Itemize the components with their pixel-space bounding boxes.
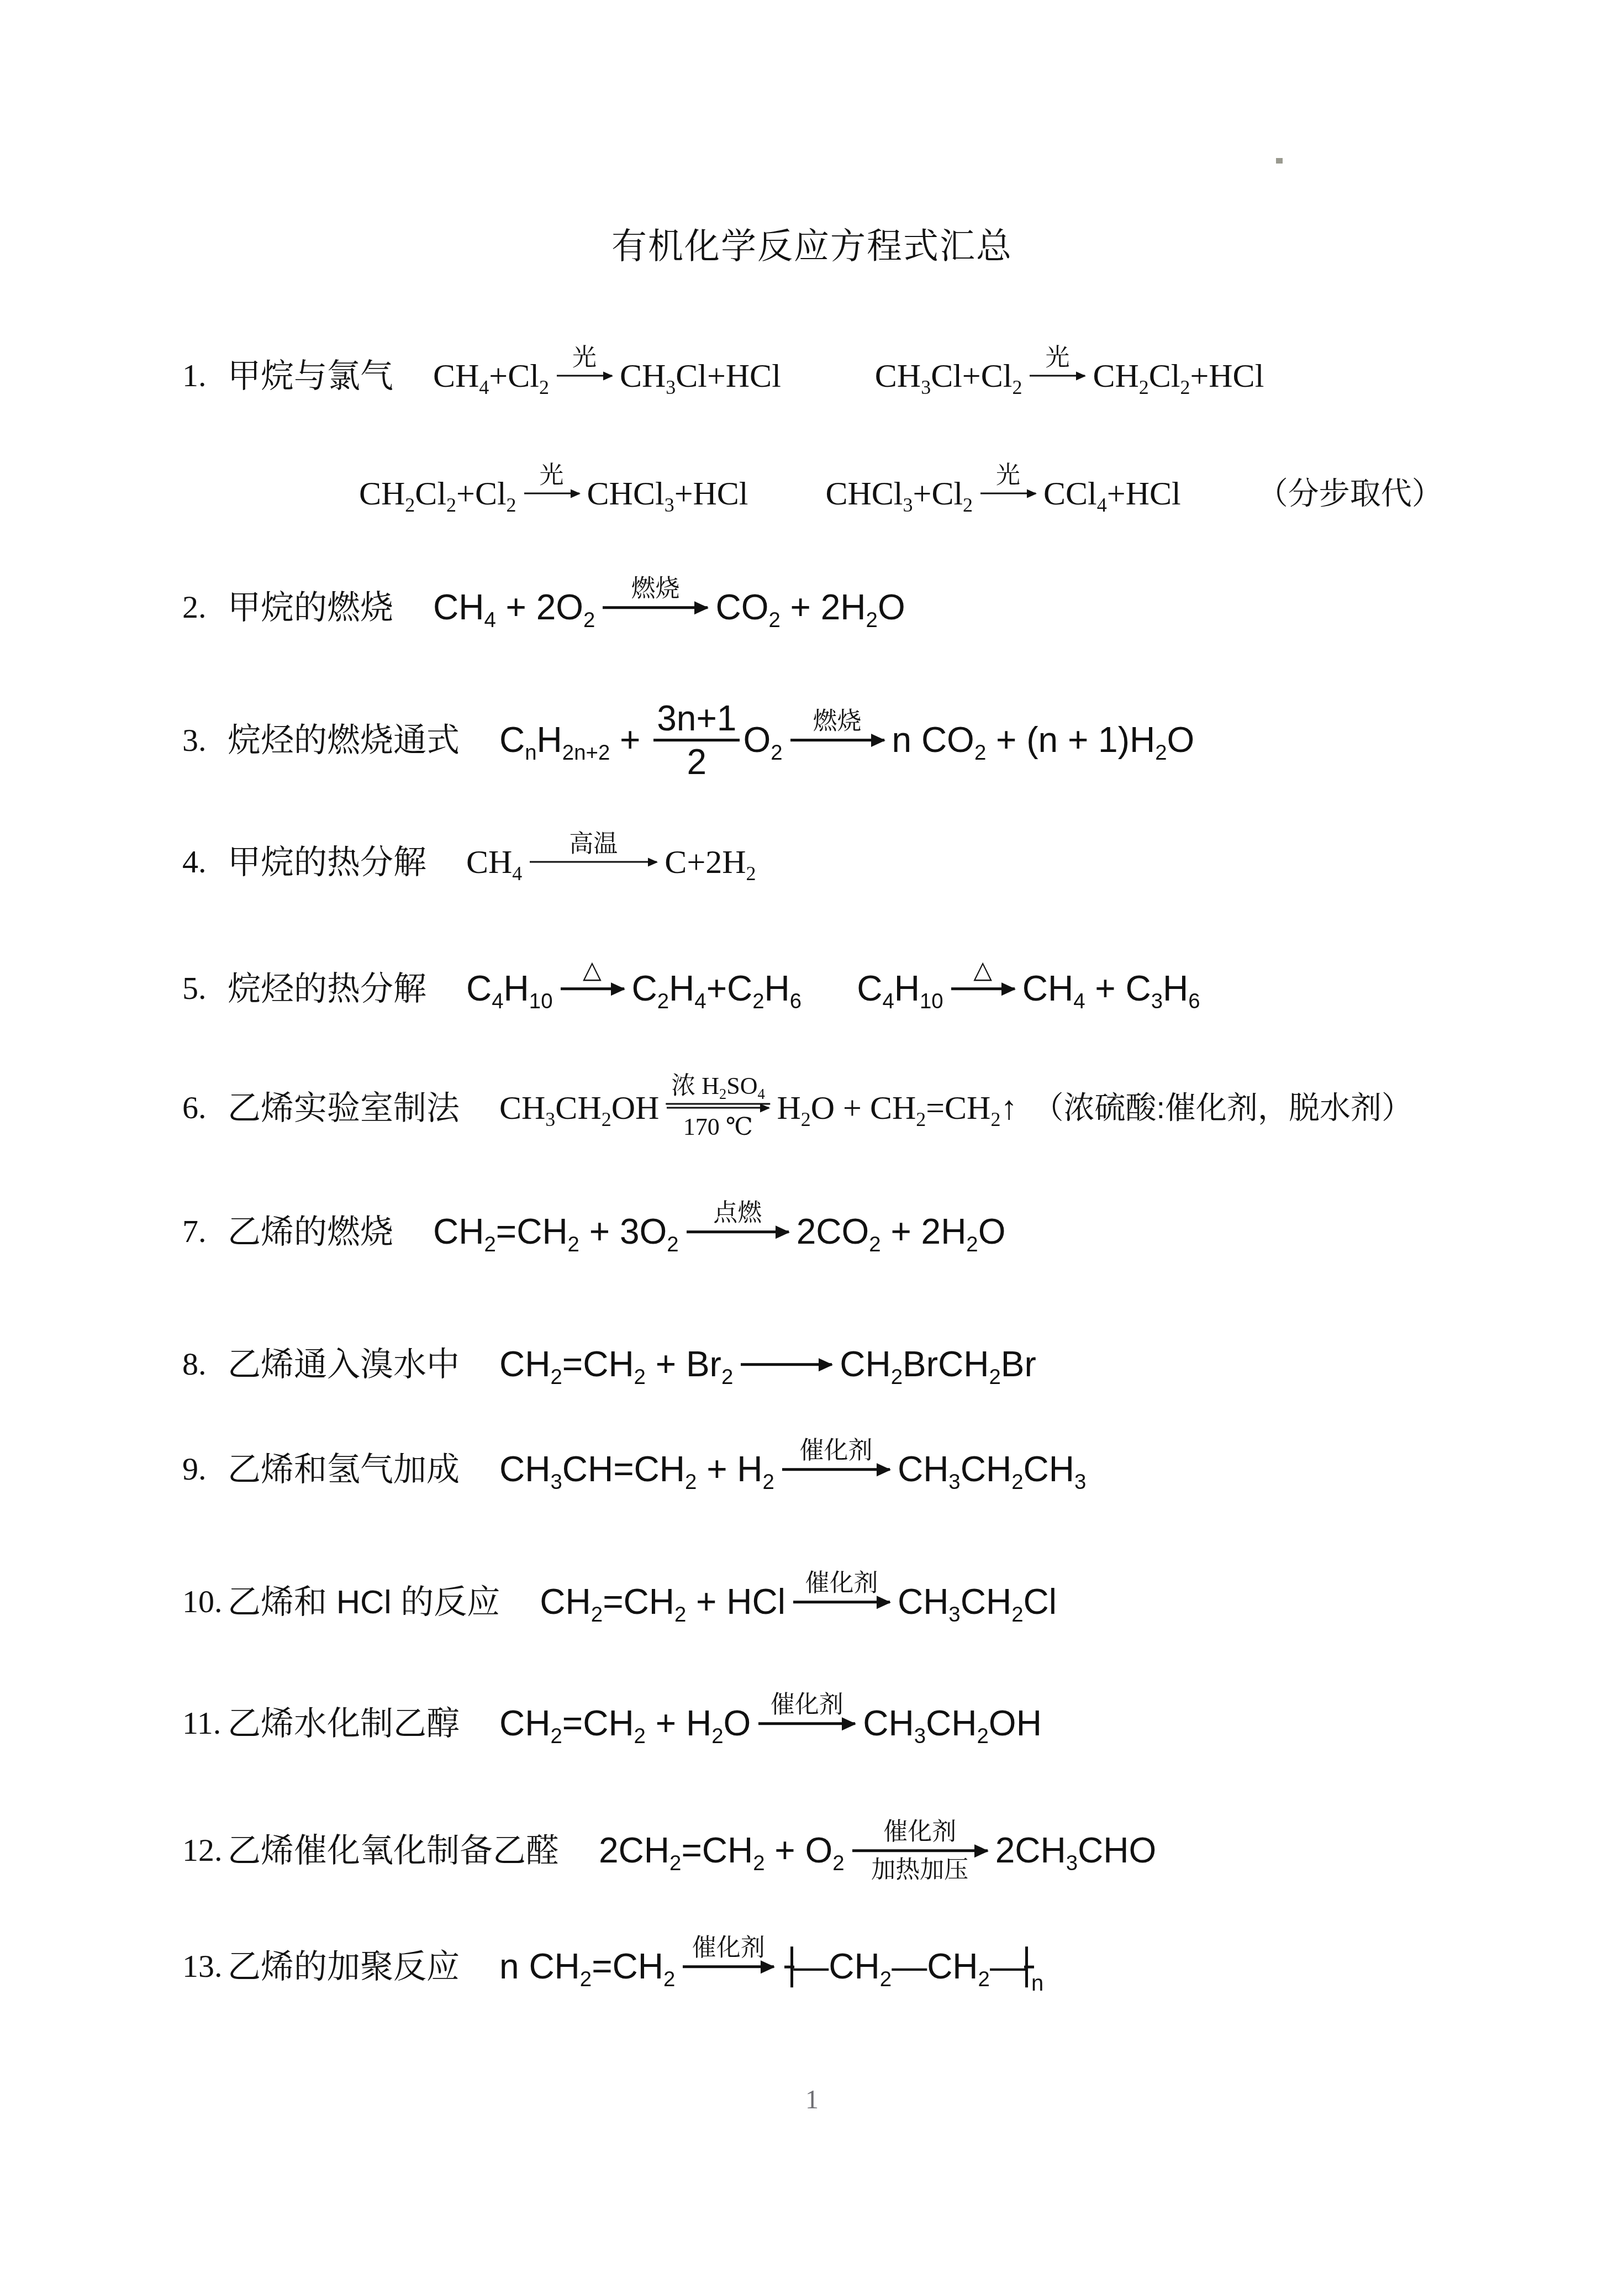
reaction-arrow: △ — [951, 988, 1015, 991]
formula-text: CH2=CH2 + H2O — [499, 1703, 751, 1744]
reaction-label: 乙烯实验室制法 — [228, 1089, 460, 1127]
formula-text: CH3CH2Cl — [898, 1582, 1057, 1623]
arrow-condition-below: 加热加压 — [871, 1858, 968, 1883]
arrow-condition-above: 光 — [1045, 345, 1069, 370]
reaction-row: 12.乙烯催化氧化制备乙醛2CH2=CH2 + O2催化剂加热加压2CH3CHO — [182, 1830, 1156, 1871]
reaction-label: 甲烷的热分解 — [228, 843, 426, 881]
arrow-shaft — [951, 988, 1015, 991]
smudge-artifact — [1276, 158, 1283, 164]
arrow-condition-below: 170 ℃ — [683, 1114, 753, 1140]
equation: n CH2=CH2催化剂—CH2—CH2—n — [499, 1946, 1043, 1987]
reaction-arrow: 催化剂 — [758, 1723, 855, 1725]
arrow-shaft — [1030, 375, 1085, 377]
formula-text: n CH2=CH2 — [499, 1946, 675, 1987]
formula-text: CH3CH=CH2 + H2 — [499, 1449, 774, 1490]
annotation-note: （浓硫酸:催化剂，脱水剂） — [1032, 1090, 1412, 1125]
reaction-number: 12. — [182, 1833, 228, 1870]
arrow-condition-above: △ — [973, 957, 992, 983]
arrow-condition-above: 燃烧 — [631, 576, 679, 602]
reaction-arrow: 催化剂 — [683, 1966, 774, 1969]
arrow-shaft — [557, 375, 612, 377]
reaction-number: 2. — [182, 590, 228, 627]
reaction-label: 烷烃的热分解 — [228, 970, 426, 1008]
arrow-shaft — [603, 607, 708, 609]
reaction-row: 2.甲烷的燃烧CH4 + 2O2燃烧CO2 + 2H2O — [182, 587, 905, 628]
formula-text: C2H4+C2H6 — [632, 969, 802, 1009]
reaction-row: 11.乙烯水化制乙醇CH2=CH2 + H2O催化剂CH3CH2OH — [182, 1703, 1042, 1744]
arrow-condition-above: 燃烧 — [813, 709, 862, 734]
fraction: 3n+12 — [653, 699, 740, 782]
reaction-label: 乙烯水化制乙醇 — [228, 1705, 460, 1743]
equation: CH3CH=CH2 + H2催化剂CH3CH2CH3 — [499, 1449, 1086, 1490]
formula-text: CH3Cl+HCl — [620, 357, 781, 395]
reaction-label: 甲烷与氯气 — [228, 357, 393, 395]
equation: CH2=CH2 + H2O催化剂CH3CH2OH — [499, 1703, 1042, 1744]
formula-text: CH3Cl+Cl2 — [875, 357, 1022, 395]
formula-text: CCl4+HCl — [1043, 475, 1181, 513]
formula-text: CH2=CH2 + Br2 — [499, 1344, 733, 1385]
arrow-shaft — [758, 1723, 855, 1725]
formula-text: CH4+Cl2 — [433, 357, 549, 395]
page-title: 有机化学反应方程式汇总 — [611, 218, 1013, 269]
reaction-number: 9. — [182, 1451, 228, 1488]
arrow-condition-above: 催化剂 — [805, 1571, 878, 1596]
arrow-shaft — [793, 1601, 890, 1604]
page-number: 1 — [805, 2085, 819, 2115]
reaction-row: 4.甲烷的热分解CH4高温C+2H2 — [182, 843, 756, 881]
formula-text: CH4 — [466, 843, 522, 881]
arrow-shaft — [852, 1850, 988, 1853]
equation: CnH2n+2 + 3n+12O2燃烧n CO2 + (n + 1)H2O — [499, 699, 1194, 782]
formula-text: CH2=CH2 + HCl — [540, 1582, 785, 1623]
reaction-arrow: 燃烧 — [603, 607, 708, 609]
equation: CH4 + 2O2燃烧CO2 + 2H2O — [433, 587, 905, 628]
arrow-shaft — [782, 1469, 890, 1471]
reaction-label: 乙烯和氢气加成 — [228, 1451, 460, 1489]
arrow-condition-above: 催化剂 — [799, 1438, 872, 1464]
reaction-label: 乙烯通入溴水中 — [228, 1346, 460, 1384]
formula-text: CO2 + 2H2O — [715, 587, 905, 628]
reaction-row: 10.乙烯和 HCl 的反应CH2=CH2 + HCl催化剂CH3CH2Cl — [182, 1582, 1057, 1623]
formula-text: CH3CH2CH3 — [898, 1449, 1086, 1490]
reaction-number: 13. — [182, 1949, 228, 1986]
formula-text: H2O + CH2=CH2↑ — [777, 1089, 1017, 1127]
arrow-shaft — [790, 739, 884, 742]
reaction-number: 1. — [182, 357, 228, 394]
reaction-number: 7. — [182, 1214, 228, 1251]
reaction-arrow: 光 — [980, 493, 1036, 494]
arrow-condition-above: △ — [583, 957, 602, 983]
reaction-arrow: 点燃 — [687, 1231, 789, 1234]
formula-text: C4H10 — [857, 969, 943, 1009]
reaction-number: 8. — [182, 1346, 228, 1383]
reaction-number: 6. — [182, 1090, 228, 1127]
formula-text: 2CH3CHO — [995, 1830, 1157, 1871]
formula-text: CH3CH2OH — [499, 1089, 659, 1127]
equation: CH2=CH2 + Br2CH2BrCH2Br — [499, 1344, 1036, 1385]
arrow-shaft — [524, 493, 579, 494]
formula-text: C+2H2 — [665, 843, 756, 881]
formula-text: 2CO2 + 2H2O — [797, 1212, 1006, 1252]
reaction-arrow: 高温 — [530, 861, 657, 863]
arrow-condition-above: 高温 — [569, 831, 618, 856]
polymer-subscript: n — [1031, 1971, 1043, 1996]
spacer — [1181, 493, 1242, 494]
reaction-arrow: 催化剂 — [782, 1469, 890, 1471]
arrow-condition-above: 浓 H2SO4 — [666, 1073, 770, 1104]
formula-text: 2CH2=CH2 + O2 — [599, 1830, 845, 1871]
arrow-shaft — [980, 493, 1036, 494]
reaction-arrow: △ — [561, 988, 624, 991]
fraction-numerator: 3n+1 — [653, 699, 740, 741]
equation: CH3CH2OH浓 H2SO4170 ℃H2O + CH2=CH2↑（浓硫酸:催… — [499, 1089, 1412, 1127]
reaction-label: 乙烯催化氧化制备乙醛 — [228, 1832, 559, 1870]
equation: C4H10△C2H4+C2H6C4H10△CH4 + C3H6 — [466, 969, 1200, 1009]
reaction-arrow: 燃烧 — [790, 739, 884, 742]
arrow-shaft — [741, 1364, 832, 1366]
formula-text: CH3CH2OH — [863, 1703, 1042, 1744]
reaction-row: 9.乙烯和氢气加成CH3CH=CH2 + H2催化剂CH3CH2CH3 — [182, 1449, 1086, 1490]
formula-text: CH2Cl2+HCl — [1093, 357, 1264, 395]
reaction-arrow: 光 — [557, 375, 612, 377]
arrow-condition-above: 光 — [572, 345, 597, 370]
equation: CH4高温C+2H2 — [466, 843, 756, 881]
arrow-condition-above: 光 — [996, 462, 1020, 488]
formula-text: CH2BrCH2Br — [840, 1344, 1036, 1385]
polymer-content: —CH2—CH2— — [793, 1946, 1025, 1987]
arrow-shaft — [667, 1107, 769, 1109]
fraction-denominator: 2 — [687, 742, 707, 782]
reaction-arrow: 浓 H2SO4170 ℃ — [667, 1107, 769, 1109]
reaction-label: 甲烷的燃烧 — [228, 589, 393, 627]
reaction-arrow: 光 — [524, 493, 579, 494]
reaction-row: 5.烷烃的热分解C4H10△C2H4+C2H6C4H10△CH4 + C3H6 — [182, 969, 1200, 1009]
reaction-row: 1.甲烷与氯气CH4+Cl2光CH3Cl+HClCH3Cl+Cl2光CH2Cl2… — [182, 357, 1264, 395]
polymer-unit: —CH2—CH2—n — [790, 1946, 1043, 1987]
equation: CH4+Cl2光CH3Cl+HClCH3Cl+Cl2光CH2Cl2+HCl — [433, 357, 1264, 395]
reaction-number: 11. — [182, 1706, 228, 1743]
reaction-arrow: 催化剂 — [793, 1601, 890, 1604]
formula-text: C4H10 — [466, 969, 553, 1009]
formula-text: CnH2n+2 + — [499, 720, 650, 761]
arrow-shaft — [530, 861, 657, 863]
equation: 2CH2=CH2 + O2催化剂加热加压2CH3CHO — [599, 1830, 1156, 1871]
reaction-number: 3. — [182, 722, 228, 759]
spacer — [748, 493, 826, 494]
formula-text: CH2Cl2+Cl2 — [359, 475, 516, 513]
reaction-row: 8.乙烯通入溴水中CH2=CH2 + Br2CH2BrCH2Br — [182, 1344, 1036, 1385]
arrow-condition-above: 催化剂 — [883, 1819, 956, 1845]
arrow-condition-above: 点燃 — [713, 1201, 762, 1226]
reaction-label: 烷烃的燃烧通式 — [228, 722, 460, 760]
formula-text: CHCl3+Cl2 — [826, 475, 973, 513]
reaction-arrow — [741, 1364, 832, 1366]
equation: CH2Cl2+Cl2光CHCl3+HClCHCl3+Cl2光CCl4+HCl（分… — [359, 475, 1443, 513]
equation: CH2=CH2 + 3O2点燃2CO2 + 2H2O — [433, 1212, 1005, 1252]
reaction-number: 5. — [182, 971, 228, 1008]
reaction-label: 乙烯和 HCl 的反应 — [228, 1583, 500, 1622]
formula-text: CHCl3+HCl — [587, 475, 748, 513]
arrow-shaft — [683, 1966, 774, 1969]
reaction-row: 3.烷烃的燃烧通式CnH2n+2 + 3n+12O2燃烧n CO2 + (n +… — [182, 699, 1194, 782]
document-page: 有机化学反应方程式汇总 1.甲烷与氯气CH4+Cl2光CH3Cl+HClCH3C… — [0, 0, 1624, 2284]
spacer — [781, 375, 875, 376]
annotation-note: （分步取代） — [1257, 476, 1443, 511]
reaction-number: 4. — [182, 844, 228, 881]
reaction-label: 乙烯的加聚反应 — [228, 1948, 460, 1986]
reaction-row: CH2Cl2+Cl2光CHCl3+HClCHCl3+Cl2光CCl4+HCl（分… — [359, 475, 1443, 513]
formula-text: n CO2 + (n + 1)H2O — [892, 720, 1195, 761]
reaction-arrow: 催化剂加热加压 — [852, 1850, 988, 1853]
arrow-shaft — [687, 1231, 789, 1234]
formula-text: CH4 + 2O2 — [433, 587, 595, 628]
formula-text: O2 — [743, 720, 782, 761]
reaction-row: 6.乙烯实验室制法CH3CH2OH浓 H2SO4170 ℃H2O + CH2=C… — [182, 1089, 1412, 1127]
polymer-bracket-left — [790, 1946, 793, 1987]
formula-text: CH4 + C3H6 — [1022, 969, 1200, 1009]
reaction-row: 13.乙烯的加聚反应n CH2=CH2催化剂—CH2—CH2—n — [182, 1946, 1043, 1987]
reaction-row: 7.乙烯的燃烧CH2=CH2 + 3O2点燃2CO2 + 2H2O — [182, 1212, 1005, 1252]
equation: CH2=CH2 + HCl催化剂CH3CH2Cl — [540, 1582, 1057, 1623]
formula-text: CH2=CH2 + 3O2 — [433, 1212, 679, 1252]
reaction-number: 10. — [182, 1584, 228, 1621]
arrow-condition-above: 催化剂 — [771, 1692, 843, 1718]
arrow-condition-above: 催化剂 — [692, 1935, 765, 1961]
polymer-bracket-right — [1025, 1946, 1028, 1987]
reaction-label: 乙烯的燃烧 — [228, 1213, 393, 1251]
spacer — [802, 988, 857, 990]
arrow-shaft — [561, 988, 624, 991]
arrow-condition-above: 光 — [540, 462, 564, 488]
reaction-arrow: 光 — [1030, 375, 1085, 377]
